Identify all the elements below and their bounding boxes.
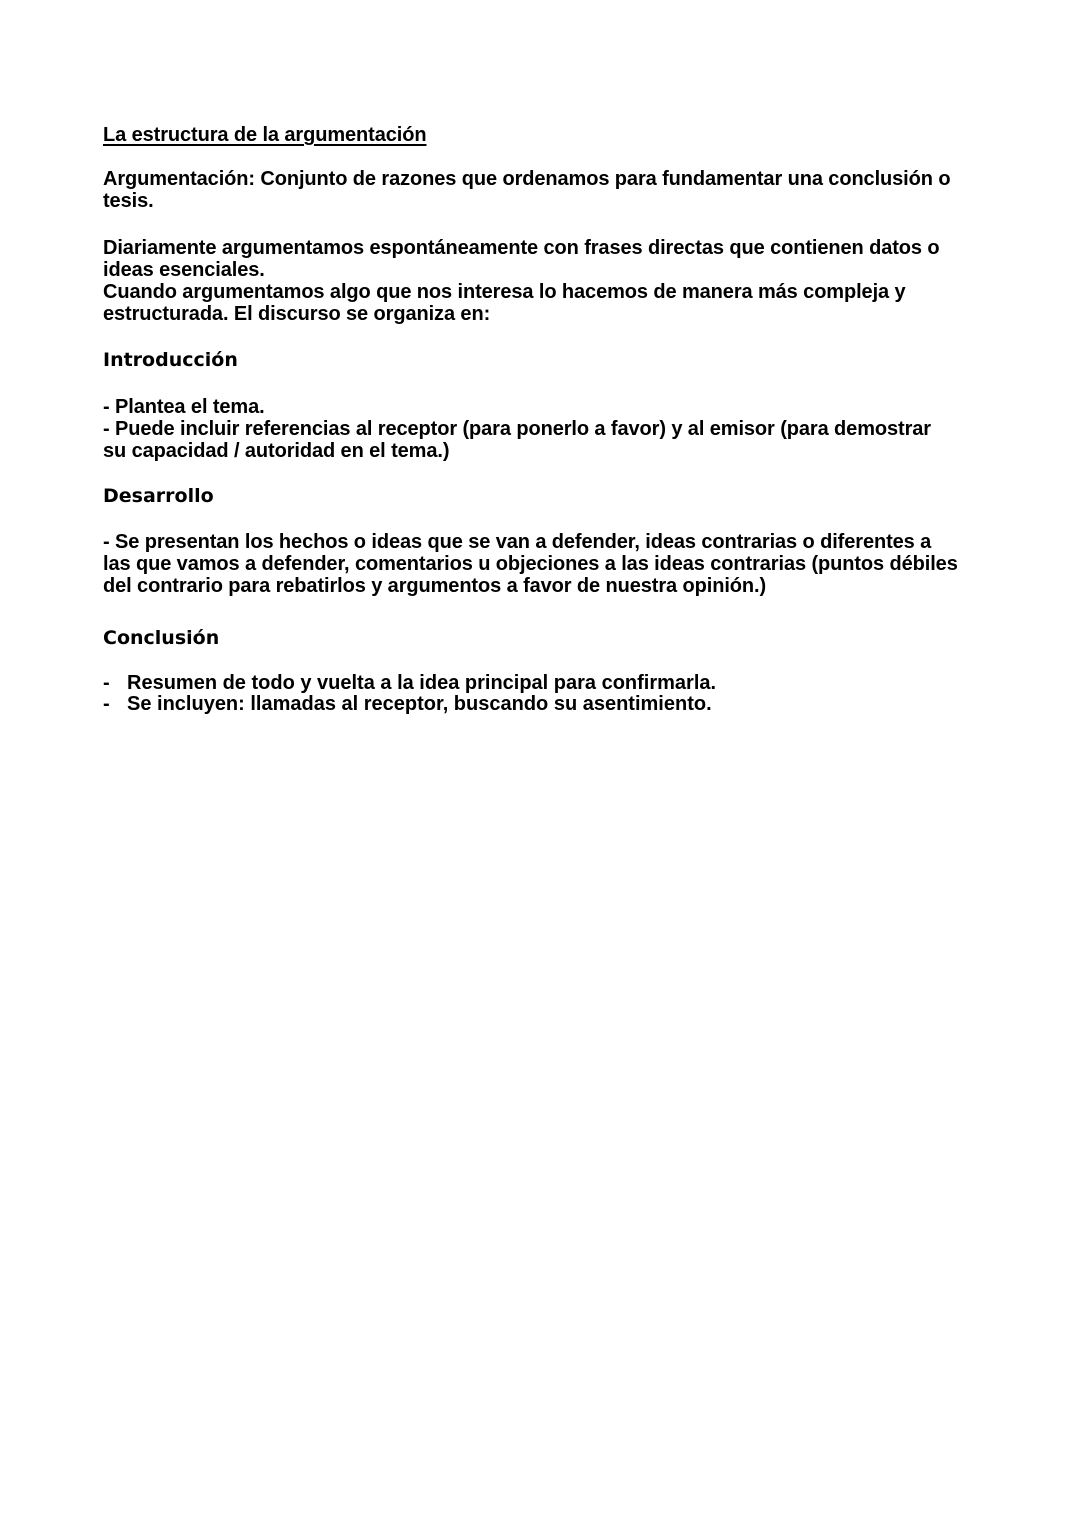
section-line: - Se presentan los hechos o ideas que se… [103,531,983,553]
intro-line: Diariamente argumentamos espontáneamente… [103,237,983,259]
conclusion-bullet-list: - Resumen de todo y vuelta a la idea pri… [103,673,716,715]
definition-paragraph: Argumentación: Conjunto de razones que o… [103,168,983,212]
list-item: - Se incluyen: llamadas al receptor, bus… [103,694,716,715]
intro-line: Cuando argumentamos algo que nos interes… [103,281,983,303]
section-line: su capacidad / autoridad en el tema.) [103,440,983,462]
list-item-text: Resumen de todo y vuelta a la idea princ… [127,672,716,694]
section-line: las que vamos a defender, comentarios u … [103,553,983,575]
definition-line: tesis. [103,190,983,212]
section-line: - Puede incluir referencias al receptor … [103,418,983,440]
list-item-text: Se incluyen: llamadas al receptor, busca… [127,693,712,715]
section-heading-desarrollo: Desarrollo [103,485,983,507]
dash-bullet-icon: - [103,673,110,694]
intro-line: ideas esenciales. [103,259,983,281]
section-heading-introduccion: Introducción [103,349,983,371]
dash-bullet-icon: - [103,694,110,715]
section-line: del contrario para rebatirlos y argument… [103,575,983,597]
section-body-desarrollo: - Se presentan los hechos o ideas que se… [103,531,983,597]
document-title: La estructura de la argumentación [103,124,983,146]
section-heading-conclusion: Conclusión [103,627,983,649]
section-body-introduccion: - Plantea el tema. - Puede incluir refer… [103,396,983,462]
intro-paragraph: Diariamente argumentamos espontáneamente… [103,237,983,325]
section-line: - Plantea el tema. [103,396,983,418]
definition-line: Argumentación: Conjunto de razones que o… [103,168,983,190]
list-item: - Resumen de todo y vuelta a la idea pri… [103,673,716,694]
intro-line: estructurada. El discurso se organiza en… [103,303,983,325]
